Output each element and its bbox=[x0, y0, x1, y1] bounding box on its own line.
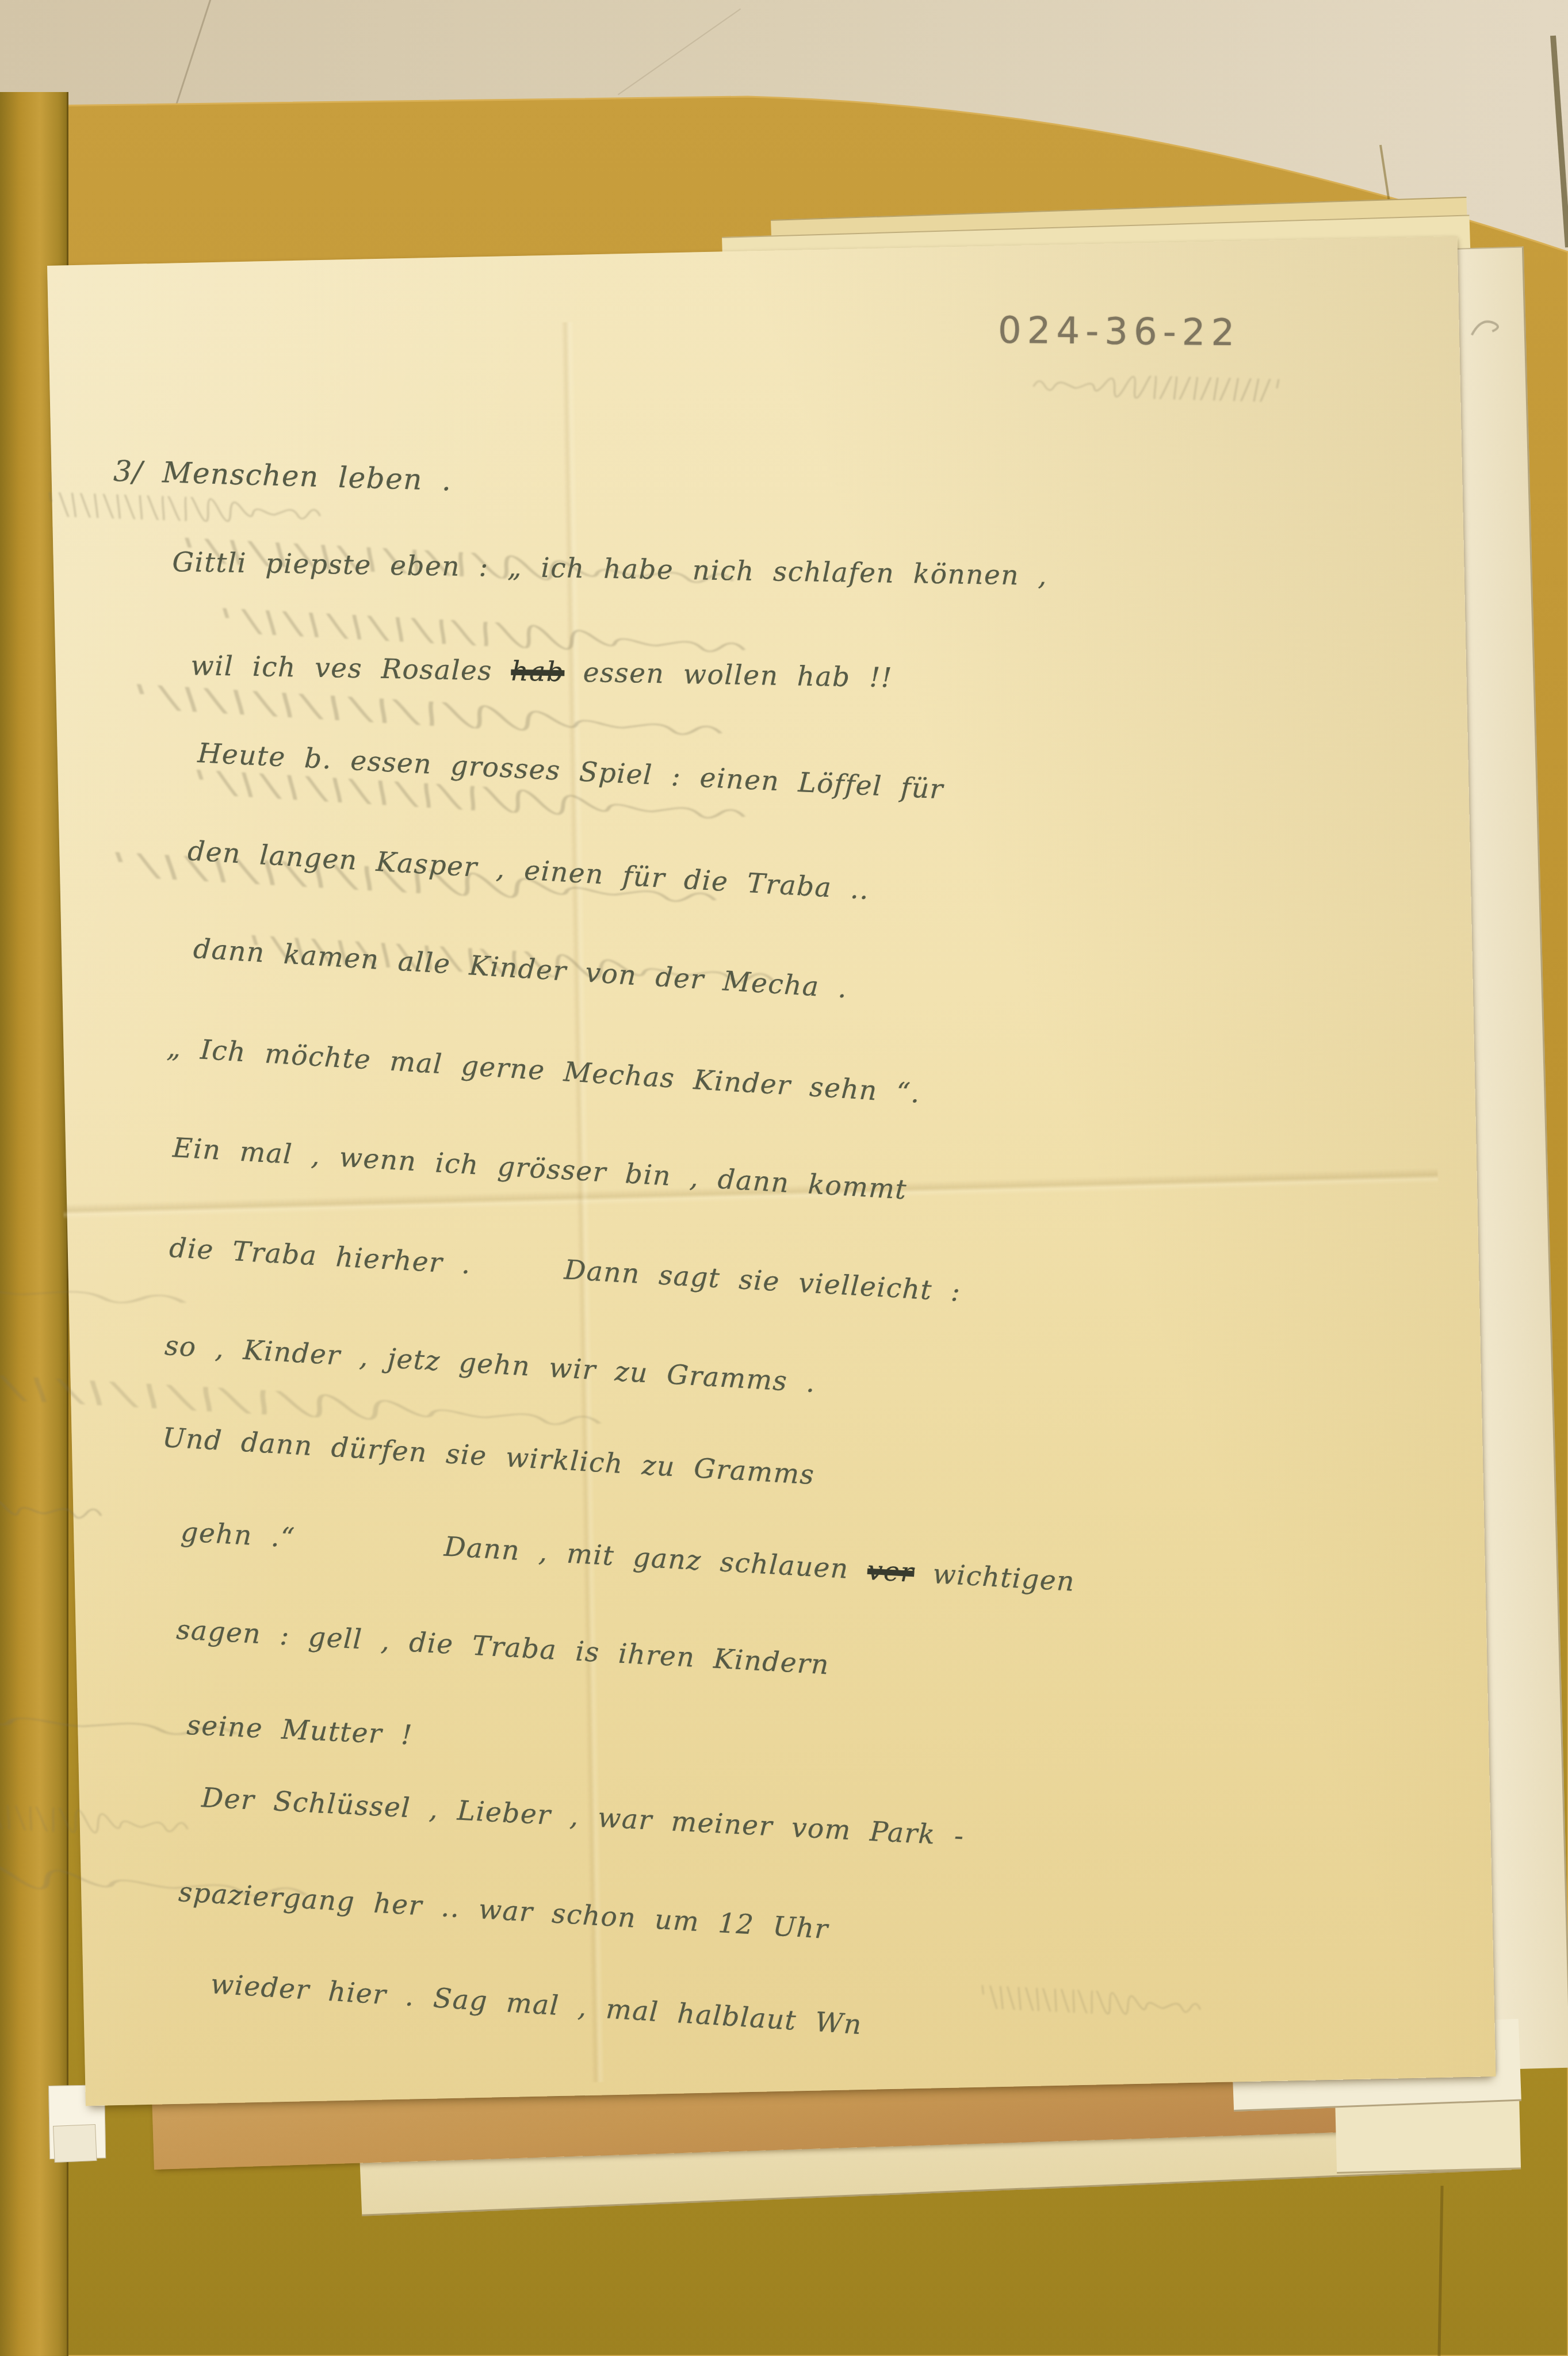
handwriting-text: essen wollen hab !! bbox=[564, 656, 893, 694]
struck-word: ver bbox=[867, 1555, 915, 1589]
page-edge bbox=[53, 2124, 97, 2163]
photo-scene: { "archive": { "number": "024-36-22" }, … bbox=[0, 0, 1568, 2356]
archive-number: 024-36-22 bbox=[998, 309, 1241, 354]
struck-word: hab bbox=[511, 656, 565, 689]
folder-edge-shadow bbox=[1553, 36, 1568, 247]
pencil-edge-mark bbox=[1464, 309, 1519, 347]
handwriting-text: wil ich ves Rosales bbox=[190, 650, 511, 687]
